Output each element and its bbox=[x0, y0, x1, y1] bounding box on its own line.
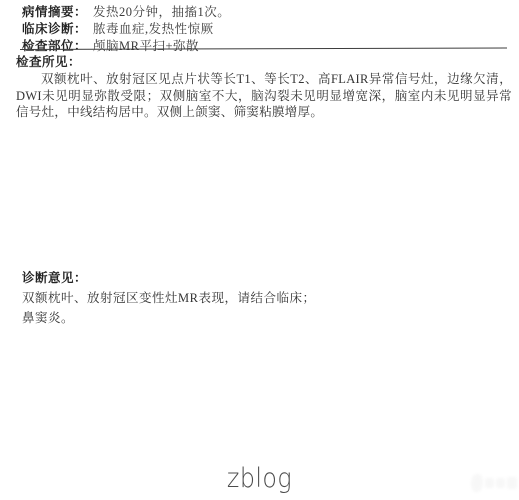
exam-site-value: 颅脑MR平扫+弥散 bbox=[93, 38, 199, 55]
corner-watermark-icon bbox=[471, 472, 517, 494]
findings-section: 检查所见： 双额枕叶、放射冠区见点片状等长T1、等长T2、高FLAIR异常信号灶… bbox=[16, 54, 512, 121]
field-row-clinical-diagnosis: 临床诊断： 脓毒血症,发热性惊厥 bbox=[22, 21, 509, 38]
clinical-diagnosis-label: 临床诊断： bbox=[22, 21, 87, 38]
site-watermark-text: zblog bbox=[31, 463, 488, 494]
diagnosis-line: 鼻窦炎。 bbox=[22, 308, 509, 328]
summary-label: 病情摘要： bbox=[22, 4, 87, 21]
summary-value: 发热20分钟，抽搐1次。 bbox=[93, 4, 230, 21]
findings-label: 检查所见： bbox=[16, 54, 512, 71]
diagnosis-line: 双额枕叶、放射冠区变性灶MR表现，请结合临床； bbox=[22, 288, 509, 308]
medical-report-page: 病情摘要： 发热20分钟，抽搐1次。 临床诊断： 脓毒血症,发热性惊厥 检查部位… bbox=[0, 0, 519, 500]
field-row-summary: 病情摘要： 发热20分钟，抽搐1次。 bbox=[22, 4, 509, 21]
findings-text: 双额枕叶、放射冠区见点片状等长T1、等长T2、高FLAIR异常信号灶，边缘欠清，… bbox=[16, 71, 512, 121]
exam-site-label: 检查部位： bbox=[22, 38, 87, 55]
field-row-exam-site: 检查部位： 颅脑MR平扫+弥散 bbox=[22, 38, 509, 55]
clinical-diagnosis-value: 脓毒血症,发热性惊厥 bbox=[93, 21, 214, 38]
diagnosis-label: 诊断意见： bbox=[22, 268, 509, 288]
diagnosis-section: 诊断意见： 双额枕叶、放射冠区变性灶MR表现，请结合临床； 鼻窦炎。 bbox=[22, 268, 509, 328]
